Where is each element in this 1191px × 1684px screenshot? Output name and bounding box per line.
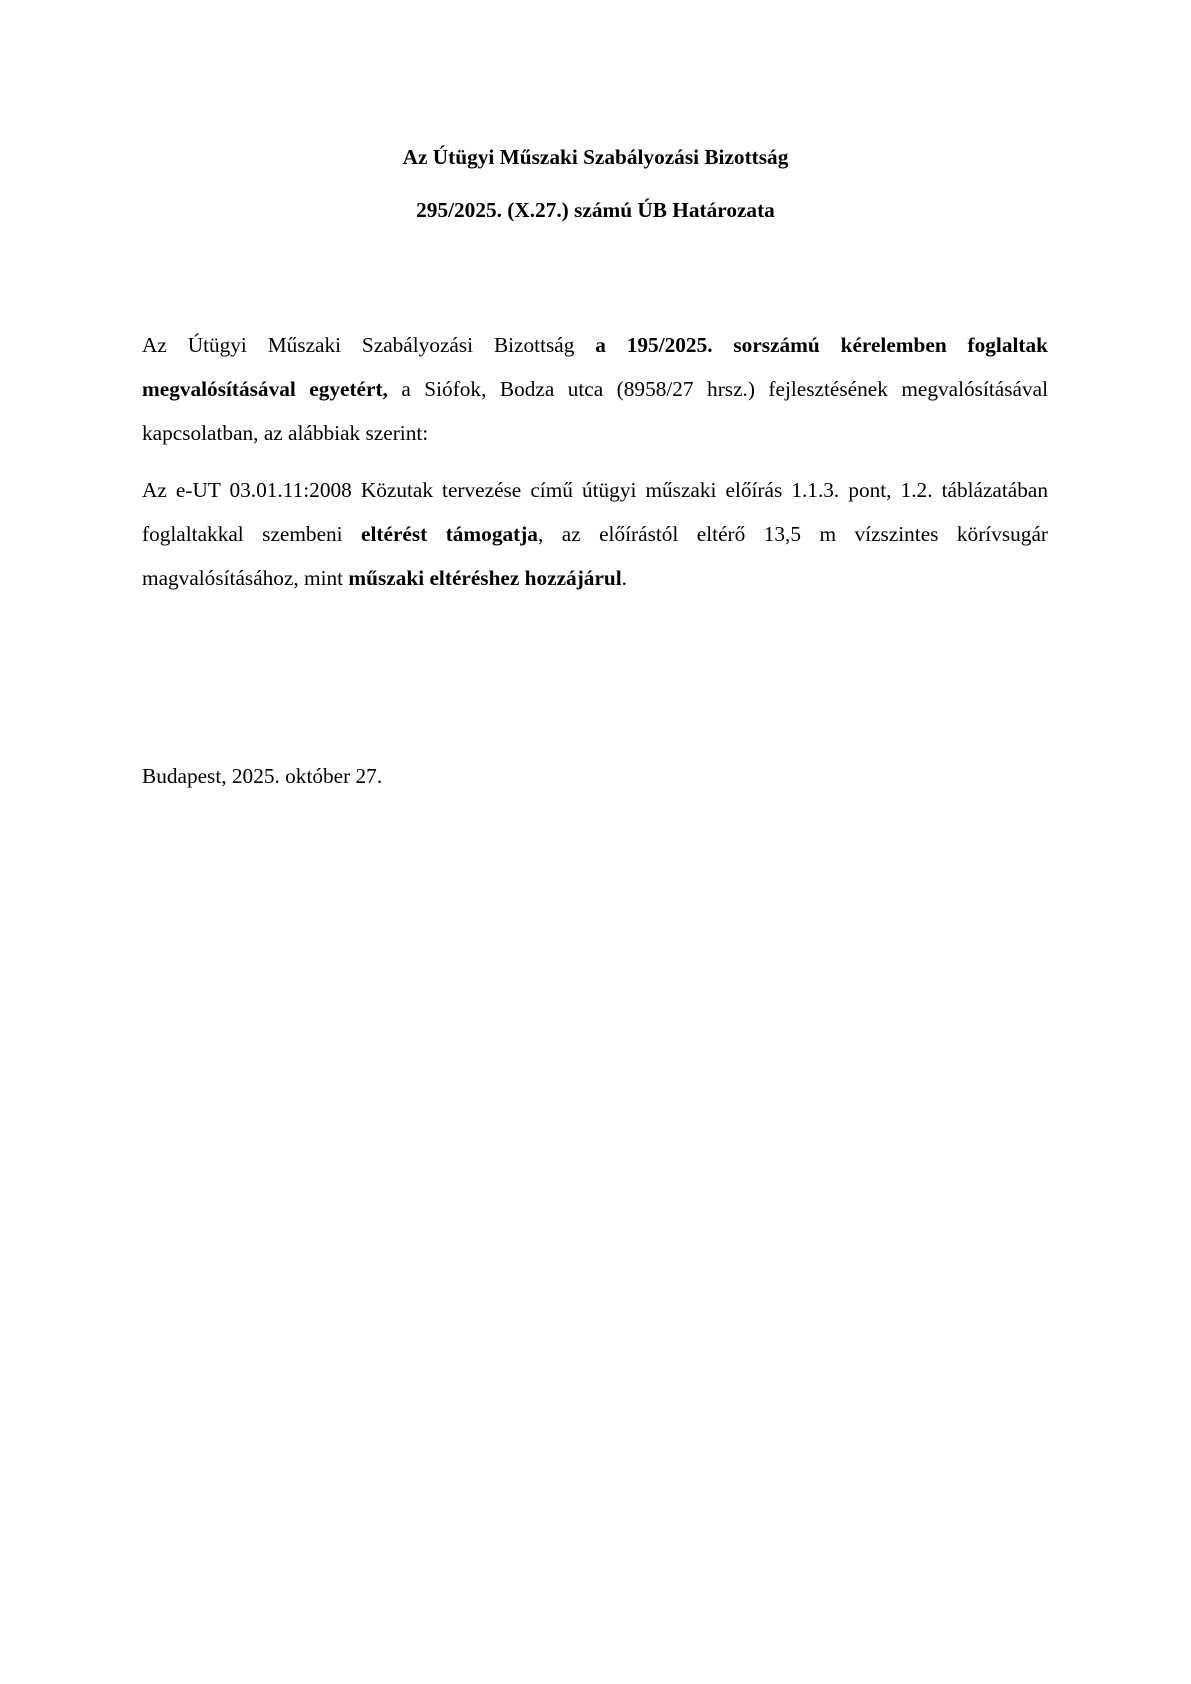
document-title-resolution-number: 295/2025. (X.27.) számú ÚB Határozata (0, 197, 1191, 223)
paragraph-bold-text: eltérést támogatja (361, 522, 538, 546)
resolution-paragraph-1: Az Útügyi Műszaki Szabályozási Bizottság… (142, 323, 1048, 455)
place-and-date: Budapest, 2025. október 27. (142, 763, 382, 789)
document-page: Az Útügyi Műszaki Szabályozási Bizottság… (0, 0, 1191, 1684)
paragraph-text: . (622, 566, 627, 590)
resolution-paragraph-2: Az e-UT 03.01.11:2008 Közutak tervezése … (142, 468, 1048, 600)
paragraph-bold-text: műszaki eltéréshez hozzájárul (348, 566, 621, 590)
document-title-committee: Az Útügyi Műszaki Szabályozási Bizottság (0, 144, 1191, 170)
paragraph-text: Az Útügyi Műszaki Szabályozási Bizottság (142, 333, 595, 357)
